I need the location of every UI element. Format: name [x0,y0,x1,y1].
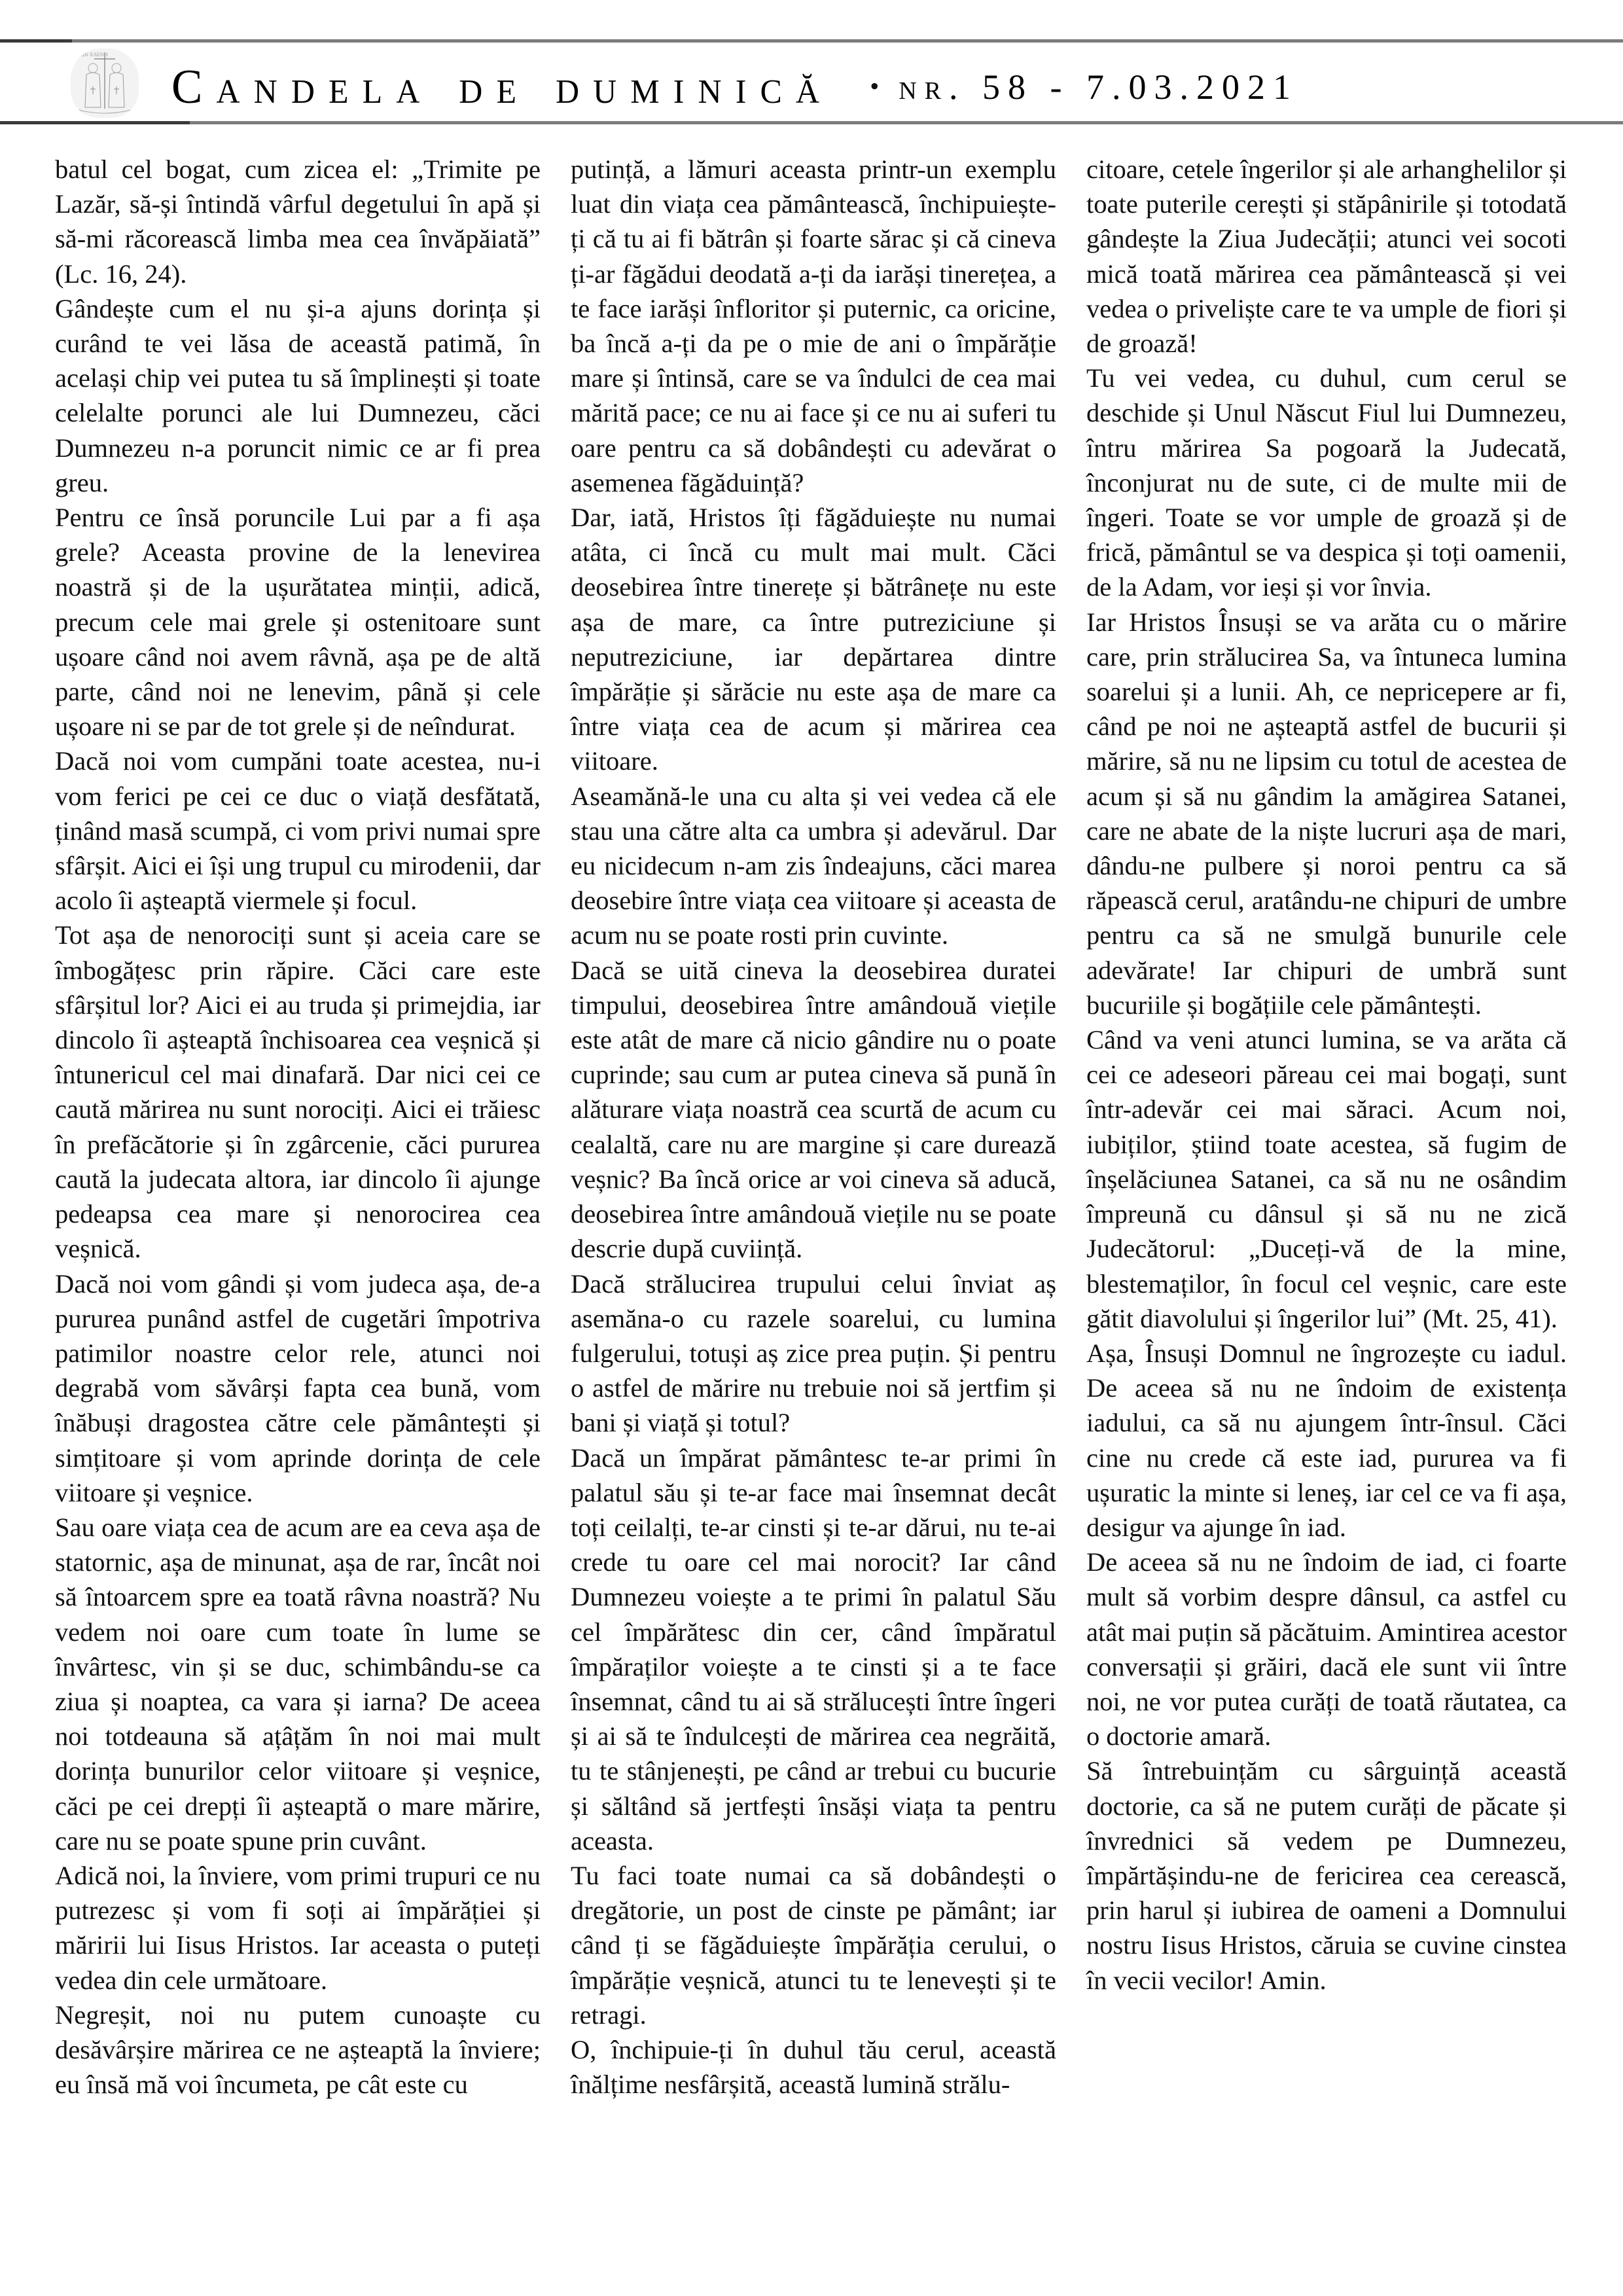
paragraph: Tu faci toate numai ca să dobândești o d… [571,1858,1056,2032]
paragraph: citoare, cetele îngerilor și ale arhangh… [1086,152,1567,361]
icon-saints-constantine-and-helena: ΚΩΝ ΕΛΕΝΗ [71,48,139,118]
text-column-2: putință, a lămuri aceasta printr-un exem… [571,152,1056,2102]
paragraph: Când va veni atunci lumina, se va arăta … [1086,1022,1567,1336]
text-column-3: citoare, cetele îngerilor și ale arhangh… [1086,152,1567,1998]
paragraph: Dacă noi vom gândi și vom judeca așa, de… [55,1266,541,1510]
paragraph: Sau oare viața cea de acum are ea ceva a… [55,1510,541,1858]
paragraph: Dacă noi vom cumpăni toate acestea, nu-i… [55,744,541,918]
bullet-separator: • [870,71,879,101]
paragraph: Negreșit, noi nu putem cunoaște cu desăv… [55,1998,541,2102]
paragraph: putință, a lămuri aceasta printr-un exem… [571,152,1056,500]
paragraph: Dacă strălucirea trupului celui înviat a… [571,1266,1056,1441]
paragraph: O, închipuie-ți în duhul tău cerul, acea… [571,2032,1056,2102]
logo-icon: ΚΩΝ ΕΛΕΝΗ [71,48,139,118]
text-column-1: batul cel bogat, cum zicea el: „Trimite … [55,152,541,2102]
publication-title: Candela de duminică [171,60,833,115]
masthead: Candela de duminică • nr. 58 - 7.03.2021 [171,51,1298,123]
paragraph: Să întrebuințăm cu sârguință această doc… [1086,1753,1567,1997]
paragraph: Gândește cum el nu și-a ajuns dorința și… [55,291,541,500]
paragraph: Adică noi, la înviere, vom primi trupuri… [55,1858,541,1998]
issue-number-and-date: nr. 58 - 7.03.2021 [899,67,1298,107]
header-bottom-rule [0,121,1623,124]
svg-text:ΚΩΝ ΕΛΕΝΗ: ΚΩΝ ΕΛΕΝΗ [77,52,108,58]
paragraph: Iar Hristos Însuși se va arăta cu o mări… [1086,605,1567,1022]
paragraph: Dacă se uită cineva la deosebirea durate… [571,953,1056,1266]
paragraph: De aceea să nu ne îndoim de iad, ci foar… [1086,1545,1567,1753]
paragraph: Dar, iată, Hristos îți făgăduiește nu nu… [571,500,1056,779]
paragraph: Dacă un împărat pământesc te-ar primi în… [571,1441,1056,1858]
paragraph: Pentru ce însă poruncile Lui par a fi aș… [55,500,541,744]
header-top-rule [0,39,1623,43]
header-bottom-rule-accent [0,121,190,124]
paragraph: Așa, Însuși Domnul ne îngrozește cu iadu… [1086,1336,1567,1545]
header-top-rule-accent [0,39,72,43]
paragraph: Tu vei vedea, cu duhul, cum cerul se des… [1086,361,1567,604]
paragraph: batul cel bogat, cum zicea el: „Trimite … [55,152,541,291]
paragraph: Tot așa de nenorociți sunt și aceia care… [55,918,541,1266]
paragraph: Aseamănă-le una cu alta și vei vedea că … [571,779,1056,953]
